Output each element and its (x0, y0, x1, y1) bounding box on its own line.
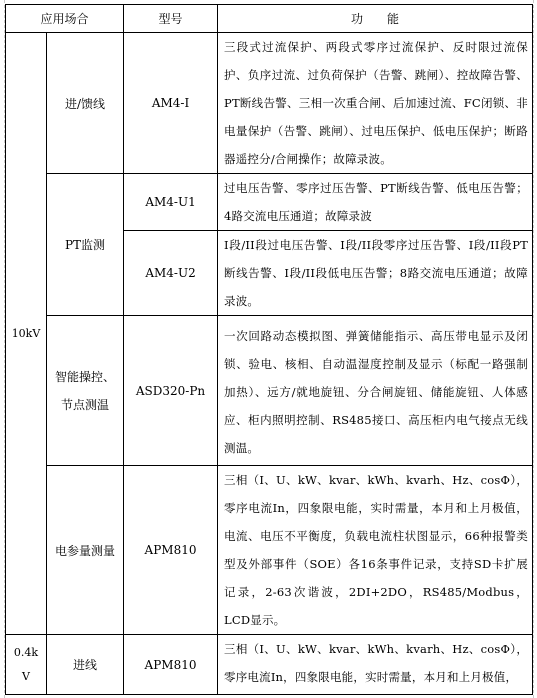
function-cell: 三相（I、U、kW、kvar、kWh、kvarh、Hz、cosΦ），零序电流In… (218, 466, 533, 635)
scene-cell: 智能操控、节点测温 (47, 316, 124, 466)
header-function: 功 能 (218, 5, 533, 33)
model-cell: APM810 (124, 466, 218, 635)
table-row: 10kV 进/馈线 AM4-I 三段式过流保护、两段式零序过流保护、反时限过流保… (6, 33, 533, 174)
model-cell: AM4-I (124, 33, 218, 174)
scene-cell: 电参量测量 (47, 466, 124, 635)
scene-cell: 进/馈线 (47, 33, 124, 174)
table-row: PT监测 AM4-U1 过电压告警、零序过压告警、PT断线告警、低电压告警；4路… (6, 174, 533, 231)
scene-cell: PT监测 (47, 174, 124, 316)
model-cell: AM4-U1 (124, 174, 218, 231)
model-cell: APM810 (124, 635, 218, 695)
model-cell: ASD320-Pn (124, 316, 218, 466)
header-application: 应用场合 (6, 5, 124, 33)
function-cell: 一次回路动态模拟图、弹簧储能指示、高压带电显示及闭锁、验电、核相、自动温湿度控制… (218, 316, 533, 466)
product-spec-table: 应用场合 型号 功 能 10kV 进/馈线 AM4-I 三段式过流保护、两段式零… (5, 4, 533, 695)
page-margin-right (533, 0, 534, 698)
voltage-cell-10kv: 10kV (6, 33, 47, 635)
function-cell: 三相（I、U、kW、kvar、kWh、kvarh、Hz、cosΦ），零序电流In… (218, 635, 533, 695)
model-cell: AM4-U2 (124, 231, 218, 316)
table-row: 电参量测量 APM810 三相（I、U、kW、kvar、kWh、kvarh、Hz… (6, 466, 533, 635)
header-row: 应用场合 型号 功 能 (6, 5, 533, 33)
table-row: 智能操控、节点测温 ASD320-Pn 一次回路动态模拟图、弹簧储能指示、高压带… (6, 316, 533, 466)
function-cell: 过电压告警、零序过压告警、PT断线告警、低电压告警；4路交流电压通道；故障录波 (218, 174, 533, 231)
header-model: 型号 (124, 5, 218, 33)
table-row: 0.4kV 进线 APM810 三相（I、U、kW、kvar、kWh、kvarh… (6, 635, 533, 695)
function-cell: 三段式过流保护、两段式零序过流保护、反时限过流保护、负序过流、过负荷保护（告警、… (218, 33, 533, 174)
function-cell: I段/II段过电压告警、I段/II段零序过压告警、I段/II段PT断线告警、I段… (218, 231, 533, 316)
scene-cell: 进线 (47, 635, 124, 695)
voltage-cell-0-4kv: 0.4kV (6, 635, 47, 695)
